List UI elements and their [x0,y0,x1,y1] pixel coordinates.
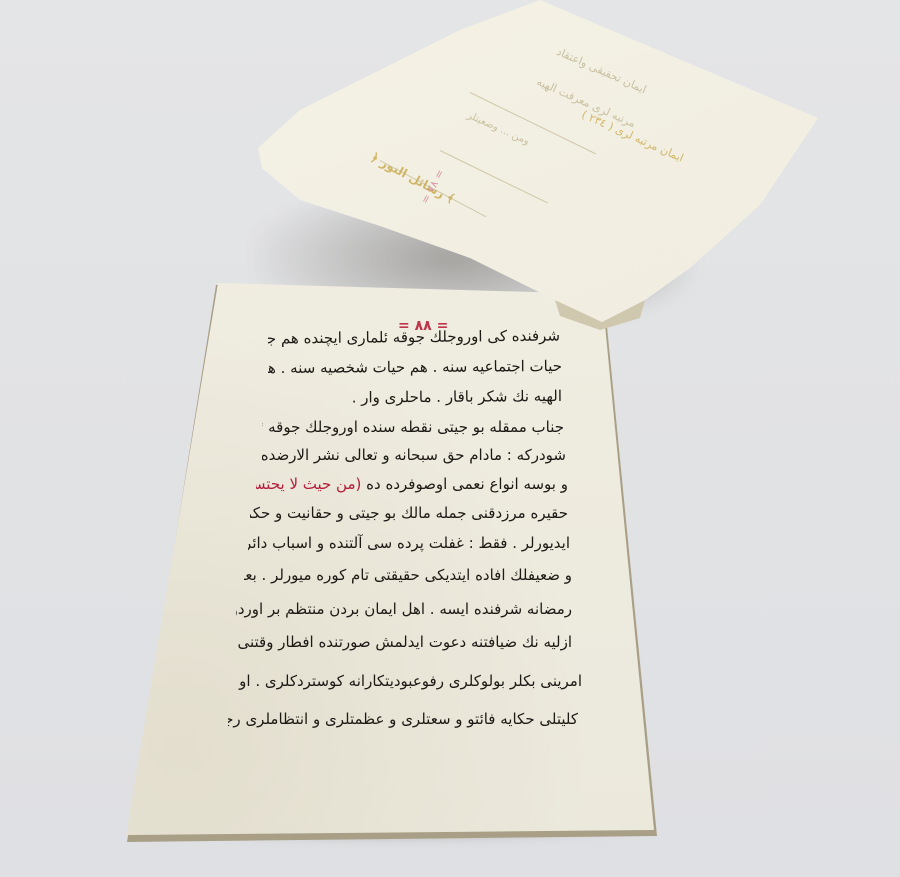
text-line-4: جناب ممقله بو جیتى نقطه سنده اوروجلك جوق… [262,418,564,440]
text-line-6-prefix: و بوسه انواع نعمى اوصوفرده ده [366,475,568,493]
text-line-6: و بوسه انواع نعمى اوصوفرده ده (من حيث لا… [256,475,568,497]
text-line-3: الهیه نك شکر باقار . ماحلرى وار . [352,387,562,406]
text-line-10: رمضانه شرفنده ایسه . اهل ایمان بردن منتظ… [236,600,572,622]
text-line-8: ایدیورلر . فقط : غفلت پرده سى آلتنده و ا… [248,534,570,556]
text-line-9: و ضعیفلك افاده ایتدیکى حقیقتى تام کوره م… [244,566,572,588]
text-line-7: حقیره مرزدقنى جمله مالك بو جیتى و حقانیت… [250,504,568,526]
photo-scene: = ٨٨ = شرفنده کی اوروجلك جوقه ئلمارى ایچ… [0,0,900,877]
text-line-2: حیات اجتماعیه سنه . هم حیات شخصیه سنه . … [268,357,562,381]
text-line-12: امرینى بکلر بولوکلرى رفوعبودیتکارانه کوس… [234,672,582,694]
text-line-11: ازلیه نك ضیافتنه دعوت ایدلمش صورتنده افط… [232,633,572,655]
text-line-3-short: الهیه نك شکر باقار . ماحلرى وار . [268,387,562,411]
text-line-1: شرفنده کی اوروجلك جوقه ئلمارى ایچنده هم … [268,326,560,351]
text-line-5: شودرکه : مادام حق سبحانه و تعالى نشر الا… [262,446,566,468]
red-quoted-phrase: (من حيث لا يحتسب) [256,475,361,493]
text-line-13: کلیتلى حکایه فائتو و سعتلرى و عظمتلرى و … [228,710,578,732]
